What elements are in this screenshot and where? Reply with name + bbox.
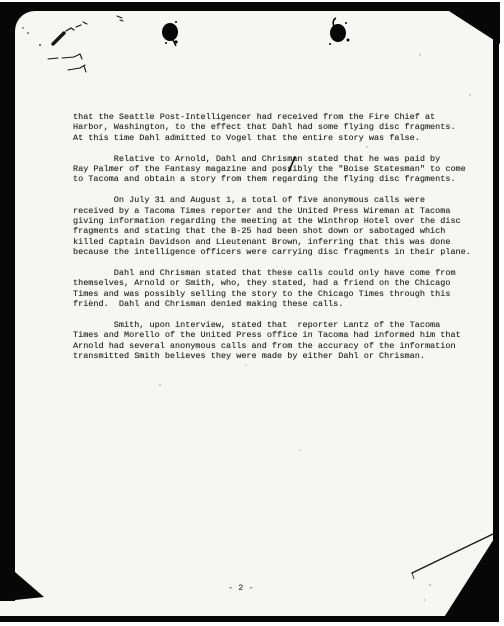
document-body: that the Seattle Post-Intelligencer had … — [73, 112, 493, 372]
scan-edge-gap — [0, 601, 15, 616]
paragraph-3: On July 31 and August 1, a total of five… — [73, 195, 493, 257]
paragraph-5: Smith, upon interview, stated that repor… — [73, 320, 493, 362]
paragraph-2: Relative to Arnold, Dahl and Chrisman st… — [73, 154, 493, 185]
paragraph-1: that the Seattle Post-Intelligencer had … — [73, 112, 493, 143]
page-number: - 2 - — [228, 583, 254, 593]
document-page: that the Seattle Post-Intelligencer had … — [15, 11, 493, 616]
scanned-document: that the Seattle Post-Intelligencer had … — [0, 0, 504, 626]
paragraph-4: Dahl and Chrisman stated that these call… — [73, 268, 493, 310]
